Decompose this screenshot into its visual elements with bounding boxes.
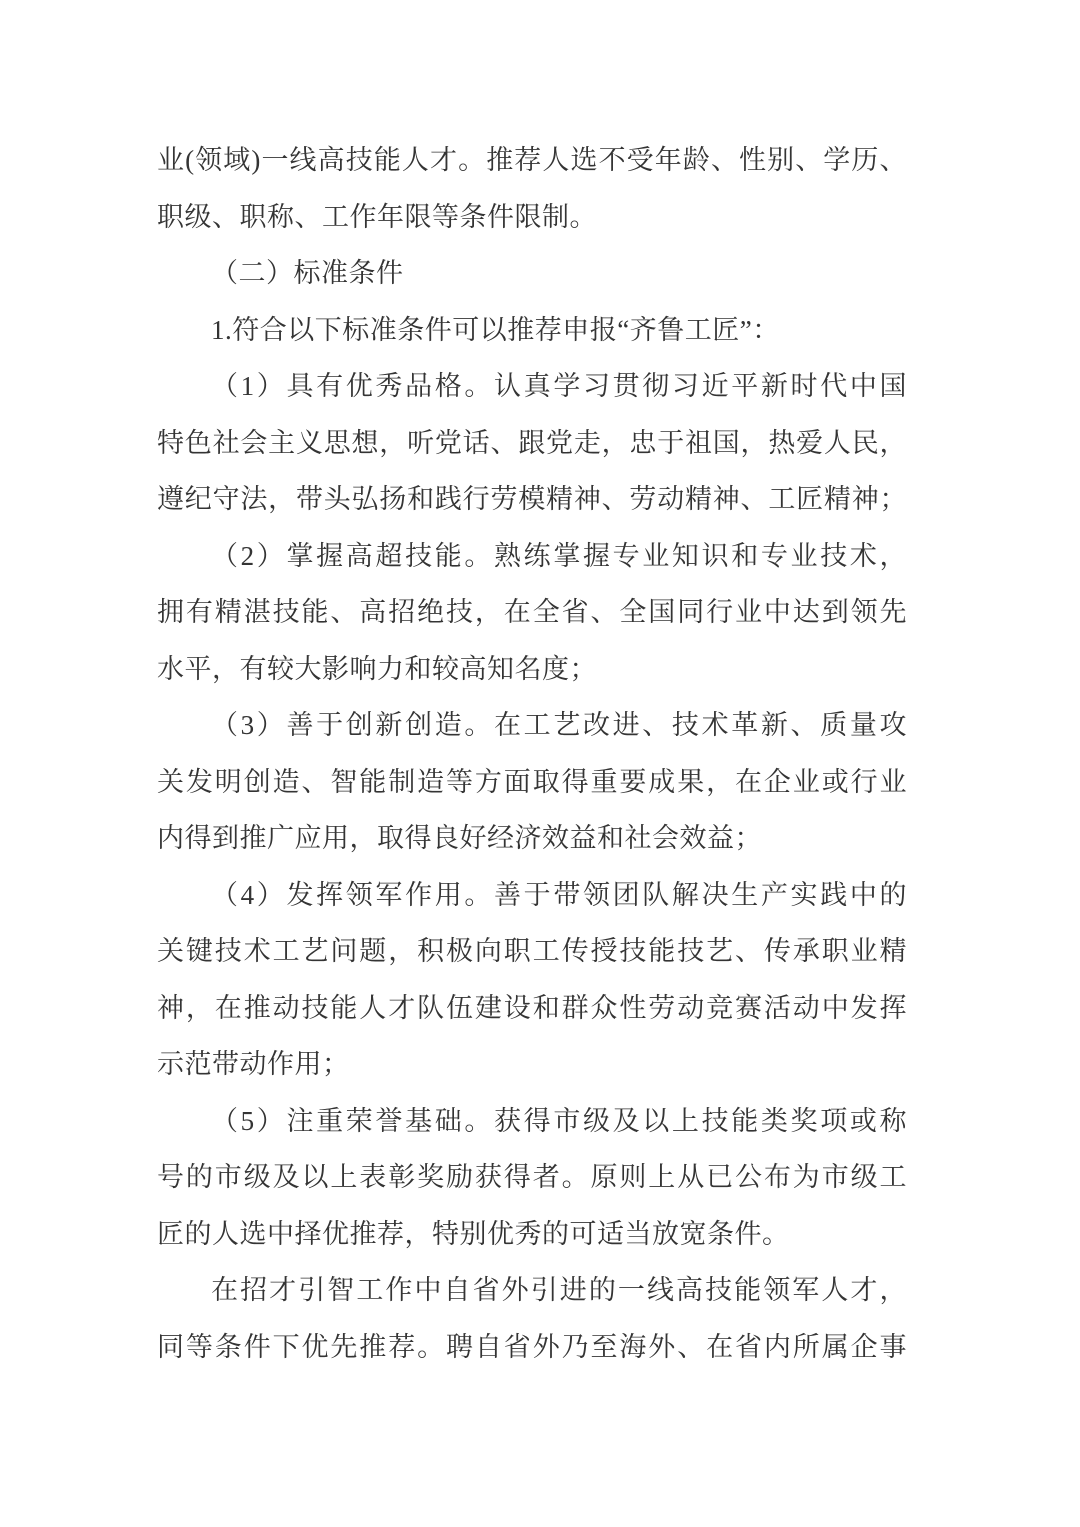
- paragraph-criterion-2: （2）掌握高超技能。熟练掌握专业知识和专业技术， 拥有精湛技能、高招绝技，在全省…: [157, 528, 907, 698]
- text-line: 同等条件下优先推荐。聘自省外乃至海外、在省内所属企事: [157, 1319, 907, 1376]
- text-line: 1.符合以下标准条件可以推荐申报“齐鲁工匠”：: [157, 302, 907, 359]
- text-line: 关发明创造、智能制造等方面取得重要成果，在企业或行业: [157, 754, 907, 811]
- text-line: 神，在推动技能人才队伍建设和群众性劳动竞赛活动中发挥: [157, 980, 907, 1037]
- document-page: 业(领域)一线高技能人才。推荐人选不受年龄、性别、学历、 职级、职称、工作年限等…: [0, 0, 1080, 1527]
- text-line: 匠的人选中择优推荐，特别优秀的可适当放宽条件。: [157, 1206, 907, 1263]
- text-line: 号的市级及以上表彰奖励获得者。原则上从已公布为市级工: [157, 1149, 907, 1206]
- text-line: （2）掌握高超技能。熟练掌握专业知识和专业技术，: [157, 528, 907, 585]
- text-line: 特色社会主义思想，听党话、跟党走，忠于祖国，热爱人民，: [157, 415, 907, 472]
- paragraph-criterion-3: （3）善于创新创造。在工艺改进、技术革新、质量攻 关发明创造、智能制造等方面取得…: [157, 697, 907, 867]
- paragraph-criterion-5: （5）注重荣誉基础。获得市级及以上技能类奖项或称 号的市级及以上表彰奖励获得者。…: [157, 1093, 907, 1263]
- document-body: 业(领域)一线高技能人才。推荐人选不受年龄、性别、学历、 职级、职称、工作年限等…: [0, 0, 1080, 1375]
- paragraph-closing: 在招才引智工作中自省外引进的一线高技能领军人才， 同等条件下优先推荐。聘自省外乃…: [157, 1262, 907, 1375]
- text-line: （5）注重荣誉基础。获得市级及以上技能类奖项或称: [157, 1093, 907, 1150]
- text-line: 拥有精湛技能、高招绝技，在全省、全国同行业中达到领先: [157, 584, 907, 641]
- text-line: （4）发挥领军作用。善于带领团队解决生产实践中的: [157, 867, 907, 924]
- heading-line: （二）标准条件: [157, 245, 907, 302]
- text-line: （3）善于创新创造。在工艺改进、技术革新、质量攻: [157, 697, 907, 754]
- text-line: （1）具有优秀品格。认真学习贯彻习近平新时代中国: [157, 358, 907, 415]
- paragraph-continuation: 业(领域)一线高技能人才。推荐人选不受年龄、性别、学历、 职级、职称、工作年限等…: [157, 132, 907, 245]
- paragraph-criterion-1: （1）具有优秀品格。认真学习贯彻习近平新时代中国 特色社会主义思想，听党话、跟党…: [157, 358, 907, 528]
- text-line: 内得到推广应用，取得良好经济效益和社会效益；: [157, 810, 907, 867]
- text-line: 示范带动作用；: [157, 1036, 907, 1093]
- text-line: 遵纪守法，带头弘扬和践行劳模精神、劳动精神、工匠精神；: [157, 471, 907, 528]
- text-line: 职级、职称、工作年限等条件限制。: [157, 189, 907, 246]
- text-line: 业(领域)一线高技能人才。推荐人选不受年龄、性别、学历、: [157, 132, 907, 189]
- text-line: 关键技术工艺问题，积极向职工传授技能技艺、传承职业精: [157, 923, 907, 980]
- text-line: 在招才引智工作中自省外引进的一线高技能领军人才，: [157, 1262, 907, 1319]
- paragraph-criteria-intro: 1.符合以下标准条件可以推荐申报“齐鲁工匠”：: [157, 302, 907, 359]
- section-heading: （二）标准条件: [157, 245, 907, 302]
- text-line: 水平，有较大影响力和较高知名度；: [157, 641, 907, 698]
- paragraph-criterion-4: （4）发挥领军作用。善于带领团队解决生产实践中的 关键技术工艺问题，积极向职工传…: [157, 867, 907, 1093]
